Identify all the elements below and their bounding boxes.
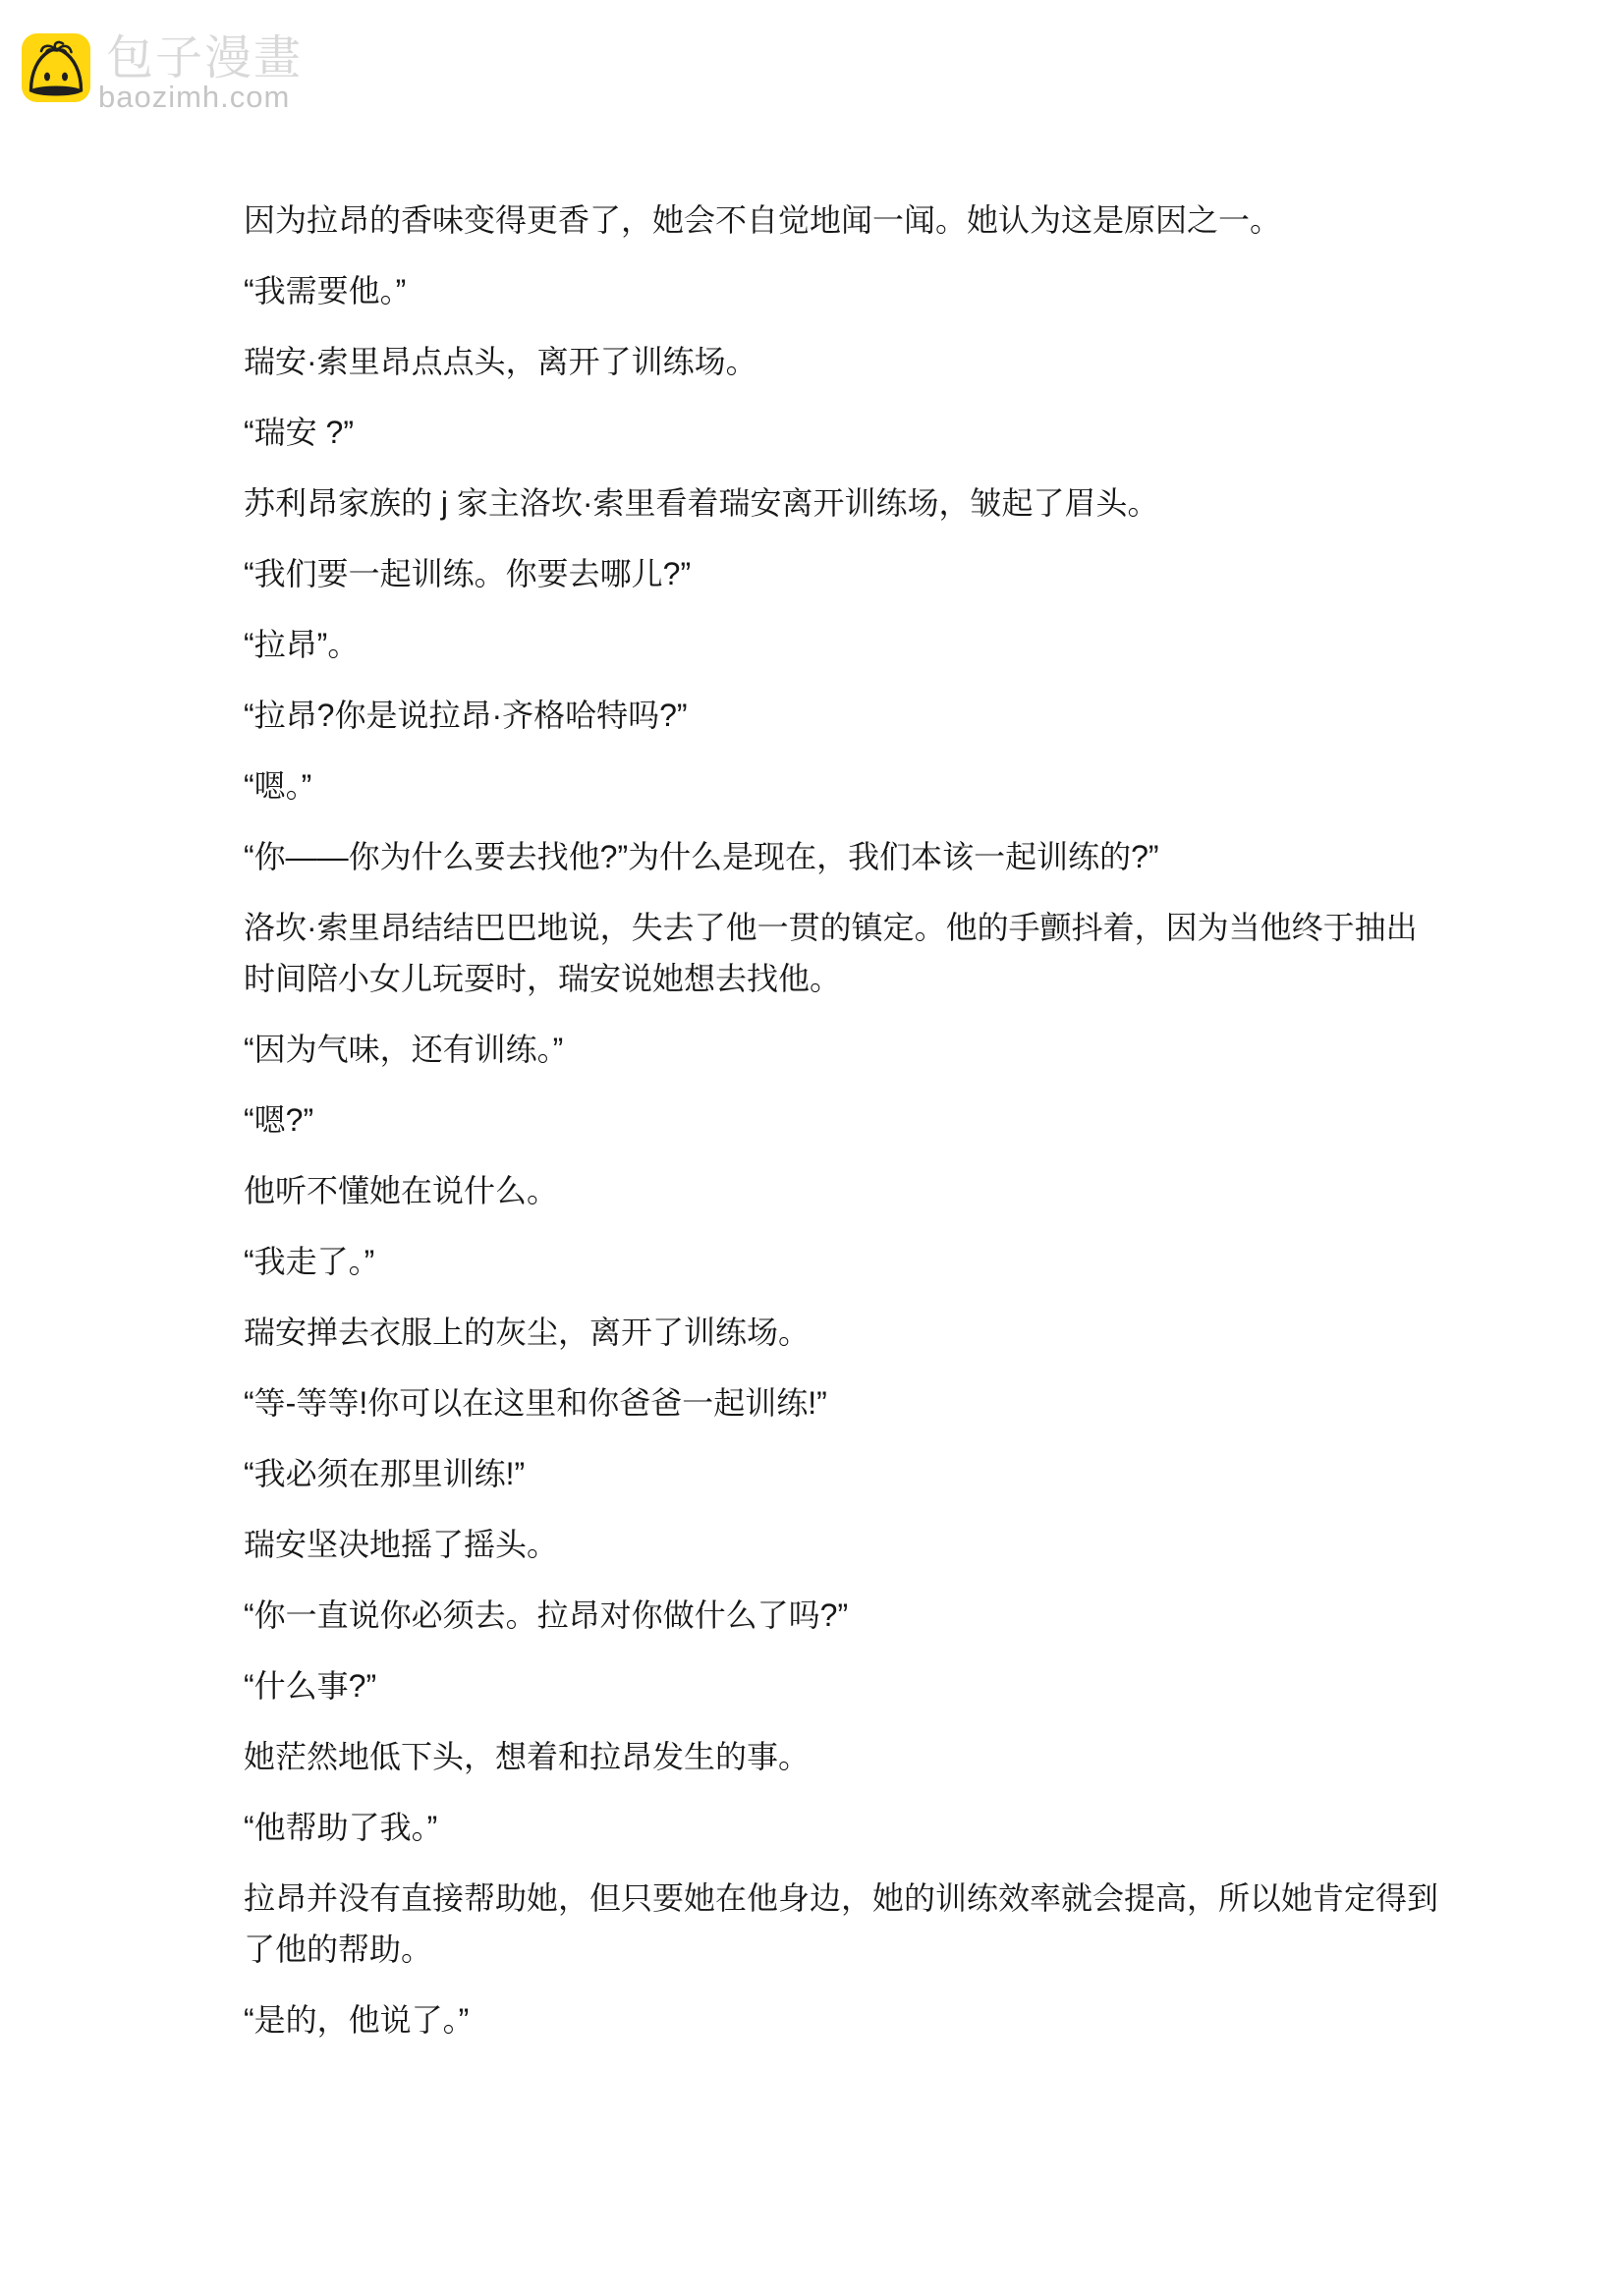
site-watermark-header: 包子漫畫 baozimh.com	[22, 29, 434, 128]
paragraph: “嗯?”	[244, 1094, 1442, 1146]
paragraph: 瑞安·索里昂点点头，离开了训练场。	[244, 336, 1442, 387]
paragraph: “我需要他。”	[244, 265, 1442, 316]
paragraph: 苏利昂家族的 j 家主洛坎·索里看着瑞安离开训练场，皱起了眉头。	[244, 477, 1442, 529]
paragraph: “你——你为什么要去找他?”为什么是现在，我们本该一起训练的?”	[244, 831, 1442, 882]
paragraph: 因为拉昂的香味变得更香了，她会不自觉地闻一闻。她认为这是原因之一。	[244, 195, 1442, 246]
paragraph: 瑞安掸去衣服上的灰尘，离开了训练场。	[244, 1307, 1442, 1358]
paragraph: 她茫然地低下头，想着和拉昂发生的事。	[244, 1731, 1442, 1782]
paragraph: “等-等等!你可以在这里和你爸爸一起训练!”	[244, 1377, 1442, 1428]
paragraph: “瑞安 ?”	[244, 407, 1442, 458]
paragraph: “嗯。”	[244, 760, 1442, 812]
paragraph: “拉昂?你是说拉昂·齐格哈特吗?”	[244, 690, 1442, 741]
paragraph: “我走了。”	[244, 1236, 1442, 1287]
baozi-bun-icon	[22, 33, 90, 102]
brand-name: 包子漫畫	[106, 35, 303, 83]
paragraph: 洛坎·索里昂结结巴巴地说，失去了他一贯的镇定。他的手颤抖着，因为当他终于抽出 时…	[244, 902, 1442, 1004]
paragraph: “是的，他说了。”	[244, 1994, 1442, 2045]
novel-text-content: 因为拉昂的香味变得更香了，她会不自觉地闻一闻。她认为这是原因之一。 “我需要他。…	[244, 195, 1442, 2065]
paragraph: “什么事?”	[244, 1660, 1442, 1711]
paragraph: 瑞安坚决地摇了摇头。	[244, 1519, 1442, 1570]
paragraph: “我必须在那里训练!”	[244, 1448, 1442, 1499]
brand-domain: baozimh.com	[98, 81, 290, 114]
paragraph: “拉昂”。	[244, 619, 1442, 670]
paragraph: “他帮助了我。”	[244, 1802, 1442, 1853]
paragraph: 拉昂并没有直接帮助她，但只要她在他身边，她的训练效率就会提高，所以她肯定得到 了…	[244, 1873, 1442, 1975]
paragraph: “我们要一起训练。你要去哪儿?”	[244, 548, 1442, 599]
paragraph: “因为气味，还有训练。”	[244, 1024, 1442, 1075]
paragraph: “你一直说你必须去。拉昂对你做什么了吗?”	[244, 1590, 1442, 1641]
paragraph: 他听不懂她在说什么。	[244, 1165, 1442, 1216]
